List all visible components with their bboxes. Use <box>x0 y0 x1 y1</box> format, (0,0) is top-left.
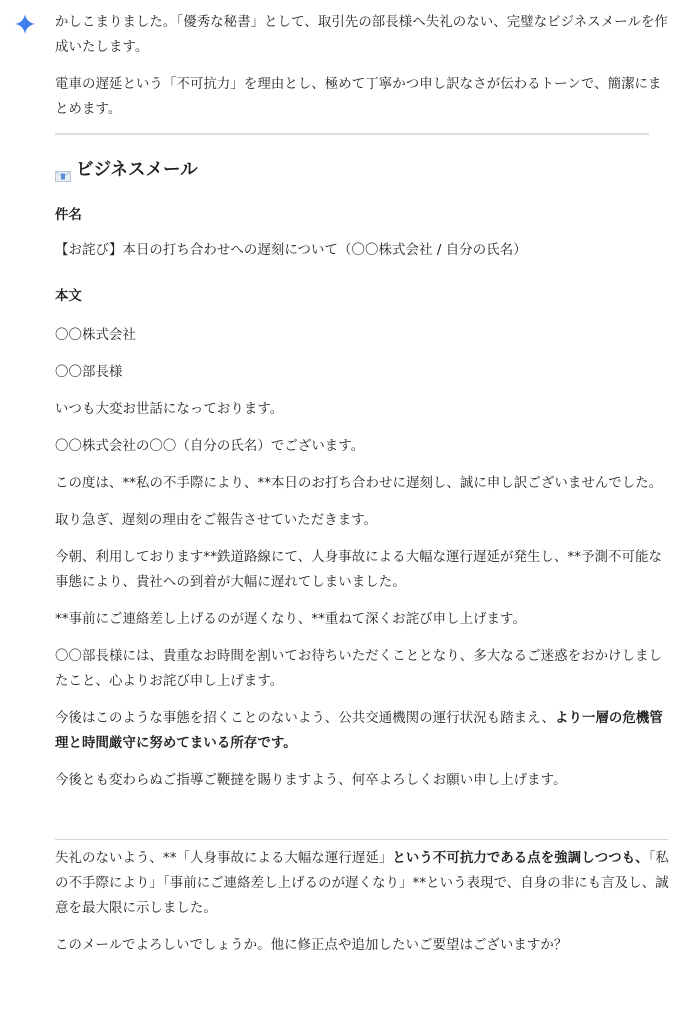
intro-paragraph-1: かしこまりました。「優秀な秘書」として、取引先の部長様へ失礼のない、完璧なビジネ… <box>55 10 670 60</box>
body-self-intro: 〇〇株式会社の〇〇（自分の氏名）でございます。 <box>55 434 670 459</box>
body-label: 本文 <box>55 287 670 307</box>
email-body: 〇〇株式会社 〇〇部長様 いつも大変お世話になっております。 〇〇株式会社の〇〇… <box>55 323 670 793</box>
body-signoff: 今後とも変わらぬご指導ご鞭撻を賜りますよう、何卒よろしくお願い申し上げます。 <box>55 768 670 793</box>
explanation-bold: という不可抗力である点を強調しつつも、 <box>392 851 648 866</box>
section-divider <box>55 133 649 135</box>
body-apology: この度は、**私の不手際により、**本日のお打ち合わせに遅刻し、誠に申し訳ござい… <box>55 471 670 496</box>
body-closing: 今後はこのような事態を招くことのないよう、公共交通機関の運行状況も踏まえ、より一… <box>55 706 670 756</box>
subject-text: 【お詫び】本日の打ち合わせへの遅刻について（〇〇株式会社 / 自分の氏名） <box>55 238 670 263</box>
section-divider <box>55 839 668 840</box>
body-report-intro: 取り急ぎ、遅刻の理由をご報告させていただきます。 <box>55 508 670 533</box>
subject-label: 件名 <box>55 206 670 226</box>
email-heading-text: ビジネスメール <box>76 158 198 182</box>
intro-section: かしこまりました。「優秀な秘書」として、取引先の部長様へ失礼のない、完璧なビジネ… <box>55 10 670 122</box>
body-greeting: いつも大変お世話になっております。 <box>55 397 670 422</box>
closing-plain: 今後はこのような事態を招くことのないよう、公共交通機関の運行状況も踏まえ、 <box>55 711 555 726</box>
intro-paragraph-2: 電車の遅延という「不可抗力」を理由とし、極めて丁寧かつ申し訳なさが伝わるトーンで… <box>55 72 670 122</box>
follow-up-question: このメールでよろしいでしょうか。他に修正点や追加したいご要望はございますか？ <box>55 933 670 958</box>
body-inconvenience-apology: 〇〇部長様には、貴重なお時間を割いてお待ちいただくこととなり、多大なるご迷惑をお… <box>55 644 670 694</box>
explanation-plain-1: 失礼のないよう、**「人身事故による大幅な運行遅延」 <box>55 851 392 866</box>
body-reason: 今朝、利用しております**鉄道路線にて、人身事故による大幅な運行遅延が発生し、*… <box>55 545 670 595</box>
gemini-spark-icon <box>14 13 36 35</box>
email-heading: ビジネスメール <box>55 158 670 182</box>
body-recipient: 〇〇部長様 <box>55 360 670 385</box>
envelope-icon <box>55 165 71 176</box>
explanation-paragraph: 失礼のないよう、**「人身事故による大幅な運行遅延」という不可抗力である点を強調… <box>55 846 670 921</box>
notes-section: 失礼のないよう、**「人身事故による大幅な運行遅延」という不可抗力である点を強調… <box>55 846 670 958</box>
subject-section: 【お詫び】本日の打ち合わせへの遅刻について（〇〇株式会社 / 自分の氏名） <box>55 238 670 263</box>
body-company: 〇〇株式会社 <box>55 323 670 348</box>
body-contact-apology: **事前にご連絡差し上げるのが遅くなり、**重ねて深くお詫び申し上げます。 <box>55 607 670 632</box>
